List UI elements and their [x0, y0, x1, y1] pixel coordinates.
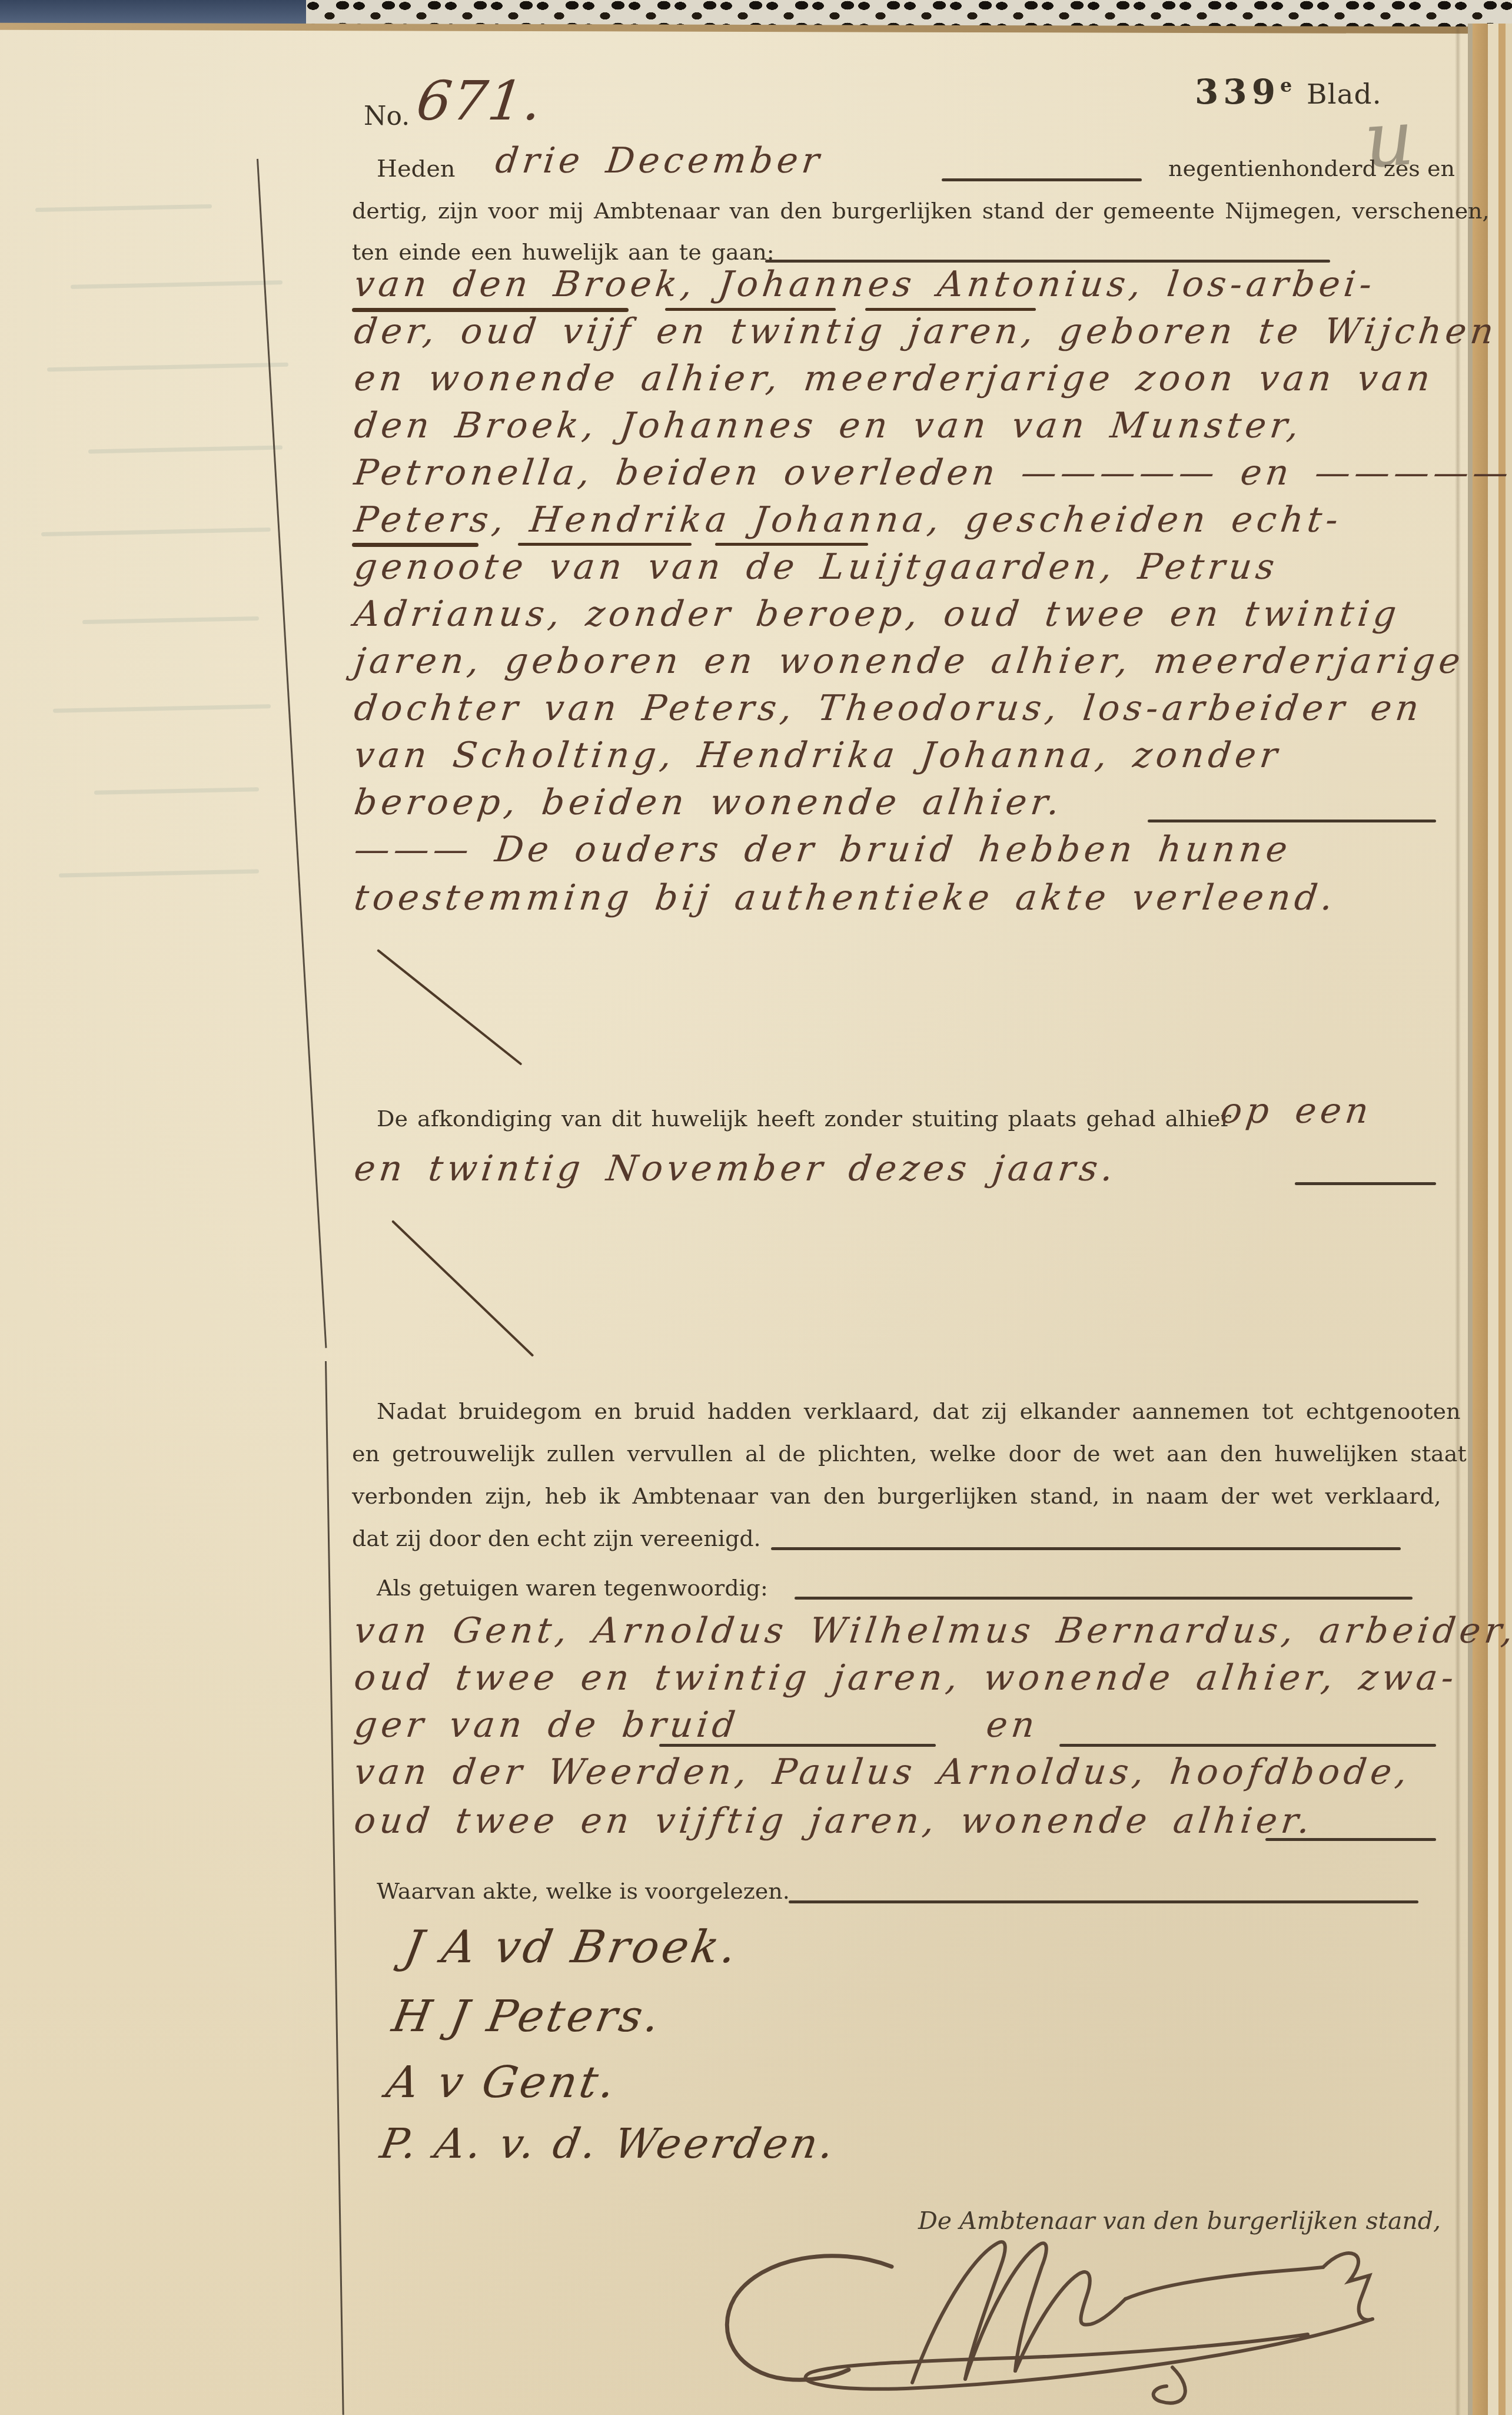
- witnesses-intro: Als getuigen waren tegenwoordig:: [377, 1575, 768, 1601]
- form-intro-line: ten einde een huwelijk aan te gaan:: [352, 239, 775, 265]
- party-line: Petronella, beiden overleden ————— en ——…: [352, 452, 1512, 493]
- margin-rule-upper: [257, 159, 327, 1348]
- closing-printed: Waarvan akte, welke is voorgelezen.: [377, 1878, 790, 1904]
- cancellation-slash: [377, 949, 522, 1066]
- form-year-text: negentienhonderd zes en: [1168, 155, 1455, 181]
- witness-line: van der Weerden, Paulus Arnoldus, hoofdb…: [352, 1751, 1414, 1793]
- party-line: Peters, Hendrika Johanna, gescheiden ech…: [352, 499, 1344, 540]
- act-number-label: No.: [364, 101, 410, 131]
- party-line: beroep, beiden wonende alhier.: [352, 782, 1066, 823]
- proclamation-handwritten: op een: [1218, 1090, 1375, 1132]
- page-edge-strip: [1498, 24, 1506, 2415]
- ink-showthrough: [47, 363, 288, 372]
- party-line: Adrianus, zonder beroep, oud twee en twi…: [352, 593, 1403, 635]
- marbled-page-edges: [306, 0, 1512, 27]
- party-line: van den Broek, Johannes Antonius, los-ar…: [352, 264, 1378, 305]
- register-page-scan: 339e Blad. No. 671. u Heden drie Decembe…: [0, 0, 1512, 2415]
- party-line: toestemming bij authentieke akte verleen…: [352, 877, 1339, 918]
- party-line: genoote van van de Luijtgaarden, Petrus: [352, 546, 1281, 588]
- binding-cloth-edge: [0, 0, 311, 24]
- cancellation-slash: [391, 1220, 534, 1357]
- page-edge-strip: [1473, 24, 1488, 2415]
- proclamation-printed: De afkondiging van dit huwelijk heeft zo…: [377, 1106, 1231, 1132]
- signature-witness-2: P. A. v. d. Weerden.: [377, 2119, 840, 2168]
- ink-showthrough: [59, 869, 259, 877]
- sheet-number-value: 339: [1195, 72, 1280, 112]
- sheet-number: 339e Blad.: [1195, 72, 1382, 112]
- party-line: der, oud vijf en twintig jaren, geboren …: [352, 311, 1500, 352]
- ink-showthrough: [88, 446, 283, 454]
- witness-line: oud twee en vijftig jaren, wonende alhie…: [352, 1800, 1316, 1842]
- fill-line: [795, 1597, 1413, 1600]
- declaration-line: en getrouwelijk zullen vervullen al de p…: [352, 1441, 1467, 1467]
- party-line: den Broek, Johannes en van van Munster,: [352, 405, 1305, 446]
- witness-line: van Gent, Arnoldus Wilhelmus Bernardus, …: [352, 1610, 1512, 1651]
- official-title: De Ambtenaar van den burgerlijken stand,: [918, 2207, 1441, 2235]
- ink-showthrough: [94, 787, 259, 795]
- fill-line: [1148, 820, 1436, 822]
- handwritten-date: drie December: [493, 140, 826, 181]
- party-line: en wonende alhier, meerderjarige zoon va…: [352, 358, 1436, 399]
- fill-line: [771, 1547, 1401, 1550]
- declaration-line: Nadat bruidegom en bruid hadden verklaar…: [377, 1398, 1460, 1424]
- page-edge-strip: [1468, 24, 1473, 2415]
- proclamation-handwritten: en twintig November dezes jaars.: [352, 1148, 1119, 1189]
- fill-line: [1265, 1838, 1436, 1841]
- signature-groom: J A vd Broek.: [400, 1920, 743, 1973]
- name-underline: [715, 543, 868, 546]
- fill-line: [659, 1744, 936, 1747]
- form-intro-line: dertig, zijn voor mij Ambtenaar van den …: [352, 198, 1490, 224]
- fill-line: [765, 260, 1330, 263]
- witness-line: oud twee en twintig jaren, wonende alhie…: [352, 1657, 1460, 1699]
- page-crease: [1455, 26, 1461, 2415]
- party-line: ——— De ouders der bruid hebben hunne: [352, 829, 1294, 870]
- fill-line: [789, 1900, 1418, 1903]
- declaration-line: dat zij door den echt zijn vereenigd.: [352, 1525, 761, 1551]
- fill-line: [1295, 1182, 1436, 1185]
- signature-witness-1: A v Gent.: [383, 2057, 622, 2108]
- form-word-heden: Heden: [377, 155, 456, 183]
- ink-showthrough: [71, 280, 283, 289]
- name-underline: [518, 543, 692, 546]
- ink-showthrough: [41, 528, 271, 536]
- witness-connector: en: [984, 1704, 1041, 1746]
- page-edge-strip: [1506, 24, 1512, 2415]
- witness-line: ger van de bruid: [352, 1704, 742, 1746]
- ink-showthrough: [53, 704, 271, 713]
- declaration-line: verbonden zijn, heb ik Ambtenaar van den…: [352, 1483, 1441, 1509]
- party-line: dochter van Peters, Theodorus, los-arbei…: [352, 688, 1425, 729]
- official-signature-flourish: [659, 2234, 1436, 2411]
- fill-line: [1059, 1744, 1436, 1747]
- page-edge-strip: [1488, 24, 1498, 2415]
- act-number-value: 671.: [413, 69, 546, 132]
- party-line: jaren, geboren en wonende alhier, meerde…: [352, 641, 1467, 682]
- ink-showthrough: [82, 616, 259, 624]
- margin-rule-lower: [325, 1361, 344, 2415]
- ink-showthrough: [35, 204, 212, 212]
- sheet-number-ordinal: e: [1280, 74, 1297, 97]
- fill-line: [942, 178, 1142, 181]
- signature-bride: H J Peters.: [388, 1991, 666, 2042]
- party-line: van Scholting, Hendrika Johanna, zonder: [352, 735, 1284, 776]
